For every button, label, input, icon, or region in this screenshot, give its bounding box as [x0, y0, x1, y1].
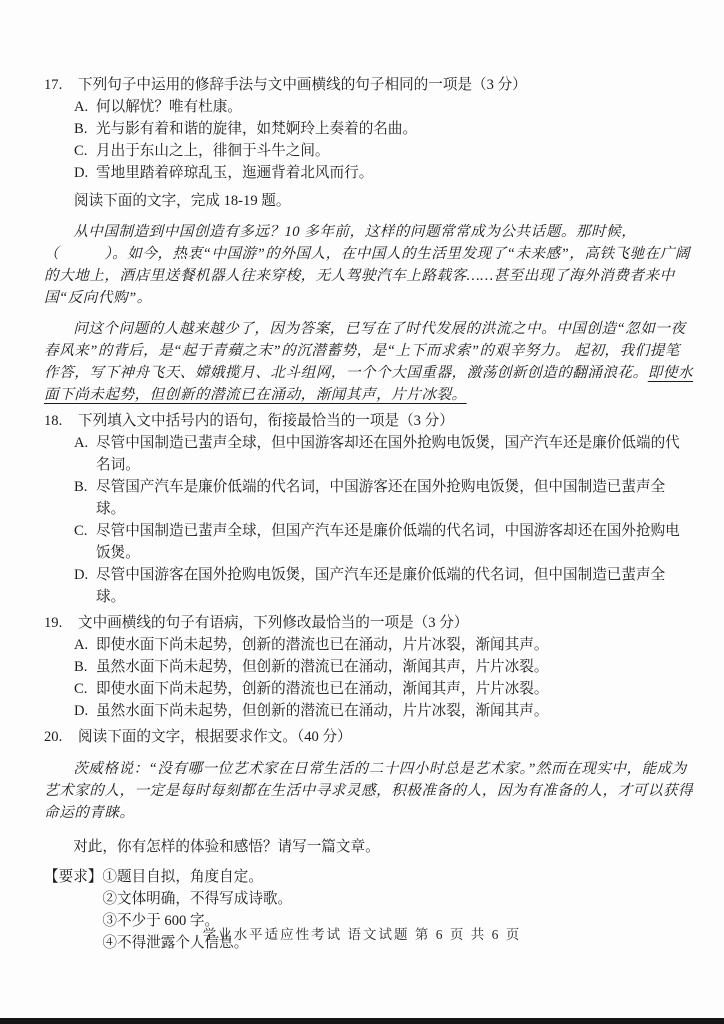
- option-label: C.: [74, 678, 96, 700]
- question-17-options: A. 何以解忧？唯有杜康。 B. 光与影有着和谐的旋律，如梵婀玲上奏着的名曲。 …: [74, 96, 694, 184]
- question-stem-text: 阅读下面的文字，根据要求作文。（40 分）: [78, 726, 694, 748]
- question-stem-text: 文中画横线的句子有语病，下列修改最恰当的一项是（3 分）: [78, 612, 694, 634]
- question-19: 19. 文中画横线的句子有语病，下列修改最恰当的一项是（3 分） A. 即使水面…: [44, 612, 694, 722]
- option-18-d: D. 尽管中国游客在国外抢购电饭煲，国产汽车还是廉价低端的代名词，但中国制造已蜚…: [74, 564, 694, 608]
- option-18-b: B. 尽管国产汽车是廉价低端的代名词，中国游客还在国外抢购电饭煲，但中国制造已蜚…: [74, 476, 694, 520]
- option-label: D.: [74, 564, 96, 608]
- option-label: B.: [74, 476, 96, 520]
- page-content: 17. 下列句子中运用的修辞手法与文中画横线的句子相同的一项是（3 分） A. …: [44, 70, 694, 954]
- option-text: 月出于东山之上，徘徊于斗牛之间。: [96, 140, 694, 162]
- question-17-stem: 17. 下列句子中运用的修辞手法与文中画横线的句子相同的一项是（3 分）: [44, 74, 694, 96]
- option-label: A.: [74, 96, 96, 118]
- requirement-item-1: ①题目自拟，角度自定。: [102, 866, 292, 888]
- question-19-options: A. 即使水面下尚未起势，创新的潜流也已在涌动，片片冰裂，渐闻其声。 B. 虽然…: [74, 634, 694, 722]
- option-text: 尽管中国制造已蜚声全球，但国产汽车还是廉价低端的代名词，中国游客却还在国外抢购电…: [96, 520, 694, 564]
- requirement-item-2: ②文体明确，不得写成诗歌。: [102, 888, 292, 910]
- option-text: 虽然水面下尚未起势，但创新的潜流已在涌动，片片冰裂，渐闻其声。: [96, 700, 694, 722]
- question-number: 18.: [44, 410, 78, 432]
- question-19-stem: 19. 文中画横线的句子有语病，下列修改最恰当的一项是（3 分）: [44, 612, 694, 634]
- question-number: 17.: [44, 74, 78, 96]
- page-footer: 学业水平适应性考试 语文试题 第 6 页 共 6 页: [0, 924, 724, 946]
- essay-prompt: 对此，你有怎样的体验和感悟？请写一篇文章。: [44, 836, 694, 858]
- option-17-a: A. 何以解忧？唯有杜康。: [74, 96, 694, 118]
- option-label: B.: [74, 656, 96, 678]
- option-text: 即使水面下尚未起势，创新的潜流也已在涌动，渐闻其声，片片冰裂。: [96, 678, 694, 700]
- option-text: 尽管国产汽车是廉价低端的代名词，中国游客还在国外抢购电饭煲，但中国制造已蜚声全球…: [96, 476, 694, 520]
- question-20-stem: 20. 阅读下面的文字，根据要求作文。（40 分）: [44, 726, 694, 748]
- question-17: 17. 下列句子中运用的修辞手法与文中画横线的句子相同的一项是（3 分） A. …: [44, 74, 694, 184]
- option-text: 尽管中国游客在国外抢购电饭煲，国产汽车还是廉价低端的代名词，但中国制造已蜚声全球…: [96, 564, 694, 608]
- option-label: B.: [74, 118, 96, 140]
- question-stem-text: 下列句子中运用的修辞手法与文中画横线的句子相同的一项是（3 分）: [78, 74, 694, 96]
- option-text: 虽然水面下尚未起势，但创新的潜流已在涌动，渐闻其声，片片冰裂。: [96, 656, 694, 678]
- bottom-scan-edge: [0, 1018, 724, 1024]
- option-19-a: A. 即使水面下尚未起势，创新的潜流也已在涌动，片片冰裂，渐闻其声。: [74, 634, 694, 656]
- question-18-stem: 18. 下列填入文中括号内的语句，衔接最恰当的一项是（3 分）: [44, 410, 694, 432]
- option-text: 何以解忧？唯有杜康。: [96, 96, 694, 118]
- reading-passage: 阅读下面的文字，完成 18-19 题。 从中国制造到中国创造有多远？10 多年前…: [44, 190, 694, 406]
- option-18-a: A. 尽管中国制造已蜚声全球，但中国游客却还在国外抢购电饭煲，国产汽车还是廉价低…: [74, 432, 694, 476]
- option-text: 尽管中国制造已蜚声全球，但中国游客却还在国外抢购电饭煲，国产汽车还是廉价低端的代…: [96, 432, 694, 476]
- essay-quote-paragraph: 茨威格说：“没有哪一位艺术家在日常生活的二十四小时总是艺术家。”然而在现实中，能…: [44, 758, 694, 824]
- option-label: D.: [74, 162, 96, 184]
- option-19-d: D. 虽然水面下尚未起势，但创新的潜流已在涌动，片片冰裂，渐闻其声。: [74, 700, 694, 722]
- passage-paragraph-1: 从中国制造到中国创造有多远？10 多年前，这样的问题常常成为公共话题。那时候，（…: [44, 221, 694, 309]
- option-label: C.: [74, 520, 96, 564]
- option-17-b: B. 光与影有着和谐的旋律，如梵婀玲上奏着的名曲。: [74, 118, 694, 140]
- option-label: D.: [74, 700, 96, 722]
- reading-intro: 阅读下面的文字，完成 18-19 题。: [74, 190, 694, 212]
- option-18-c: C. 尽管中国制造已蜚声全球，但国产汽车还是廉价低端的代名词，中国游客却还在国外…: [74, 520, 694, 564]
- option-label: C.: [74, 140, 96, 162]
- question-18: 18. 下列填入文中括号内的语句，衔接最恰当的一项是（3 分） A. 尽管中国制…: [44, 410, 694, 608]
- option-text: 即使水面下尚未起势，创新的潜流也已在涌动，片片冰裂，渐闻其声。: [96, 634, 694, 656]
- paragraph-text: 问这个问题的人越来越少了，因为答案，已写在了时代发展的洪流之中。中国创造“忽如一…: [44, 321, 686, 381]
- option-label: A.: [74, 634, 96, 656]
- exam-page: 17. 下列句子中运用的修辞手法与文中画横线的句子相同的一项是（3 分） A. …: [0, 0, 724, 1024]
- question-18-options: A. 尽管中国制造已蜚声全球，但中国游客却还在国外抢购电饭煲，国产汽车还是廉价低…: [74, 432, 694, 608]
- question-number: 19.: [44, 612, 78, 634]
- option-17-c: C. 月出于东山之上，徘徊于斗牛之间。: [74, 140, 694, 162]
- option-text: 光与影有着和谐的旋律，如梵婀玲上奏着的名曲。: [96, 118, 694, 140]
- question-20: 20. 阅读下面的文字，根据要求作文。（40 分） 茨威格说：“没有哪一位艺术家…: [44, 726, 694, 954]
- option-text: 雪地里踏着碎琼乱玉，迤逦背着北风而行。: [96, 162, 694, 184]
- option-17-d: D. 雪地里踏着碎琼乱玉，迤逦背着北风而行。: [74, 162, 694, 184]
- option-19-b: B. 虽然水面下尚未起势，但创新的潜流已在涌动，渐闻其声，片片冰裂。: [74, 656, 694, 678]
- question-stem-text: 下列填入文中括号内的语句，衔接最恰当的一项是（3 分）: [78, 410, 694, 432]
- question-number: 20.: [44, 726, 78, 748]
- passage-paragraph-2: 问这个问题的人越来越少了，因为答案，已写在了时代发展的洪流之中。中国创造“忽如一…: [44, 318, 694, 406]
- option-19-c: C. 即使水面下尚未起势，创新的潜流也已在涌动，渐闻其声，片片冰裂。: [74, 678, 694, 700]
- option-label: A.: [74, 432, 96, 476]
